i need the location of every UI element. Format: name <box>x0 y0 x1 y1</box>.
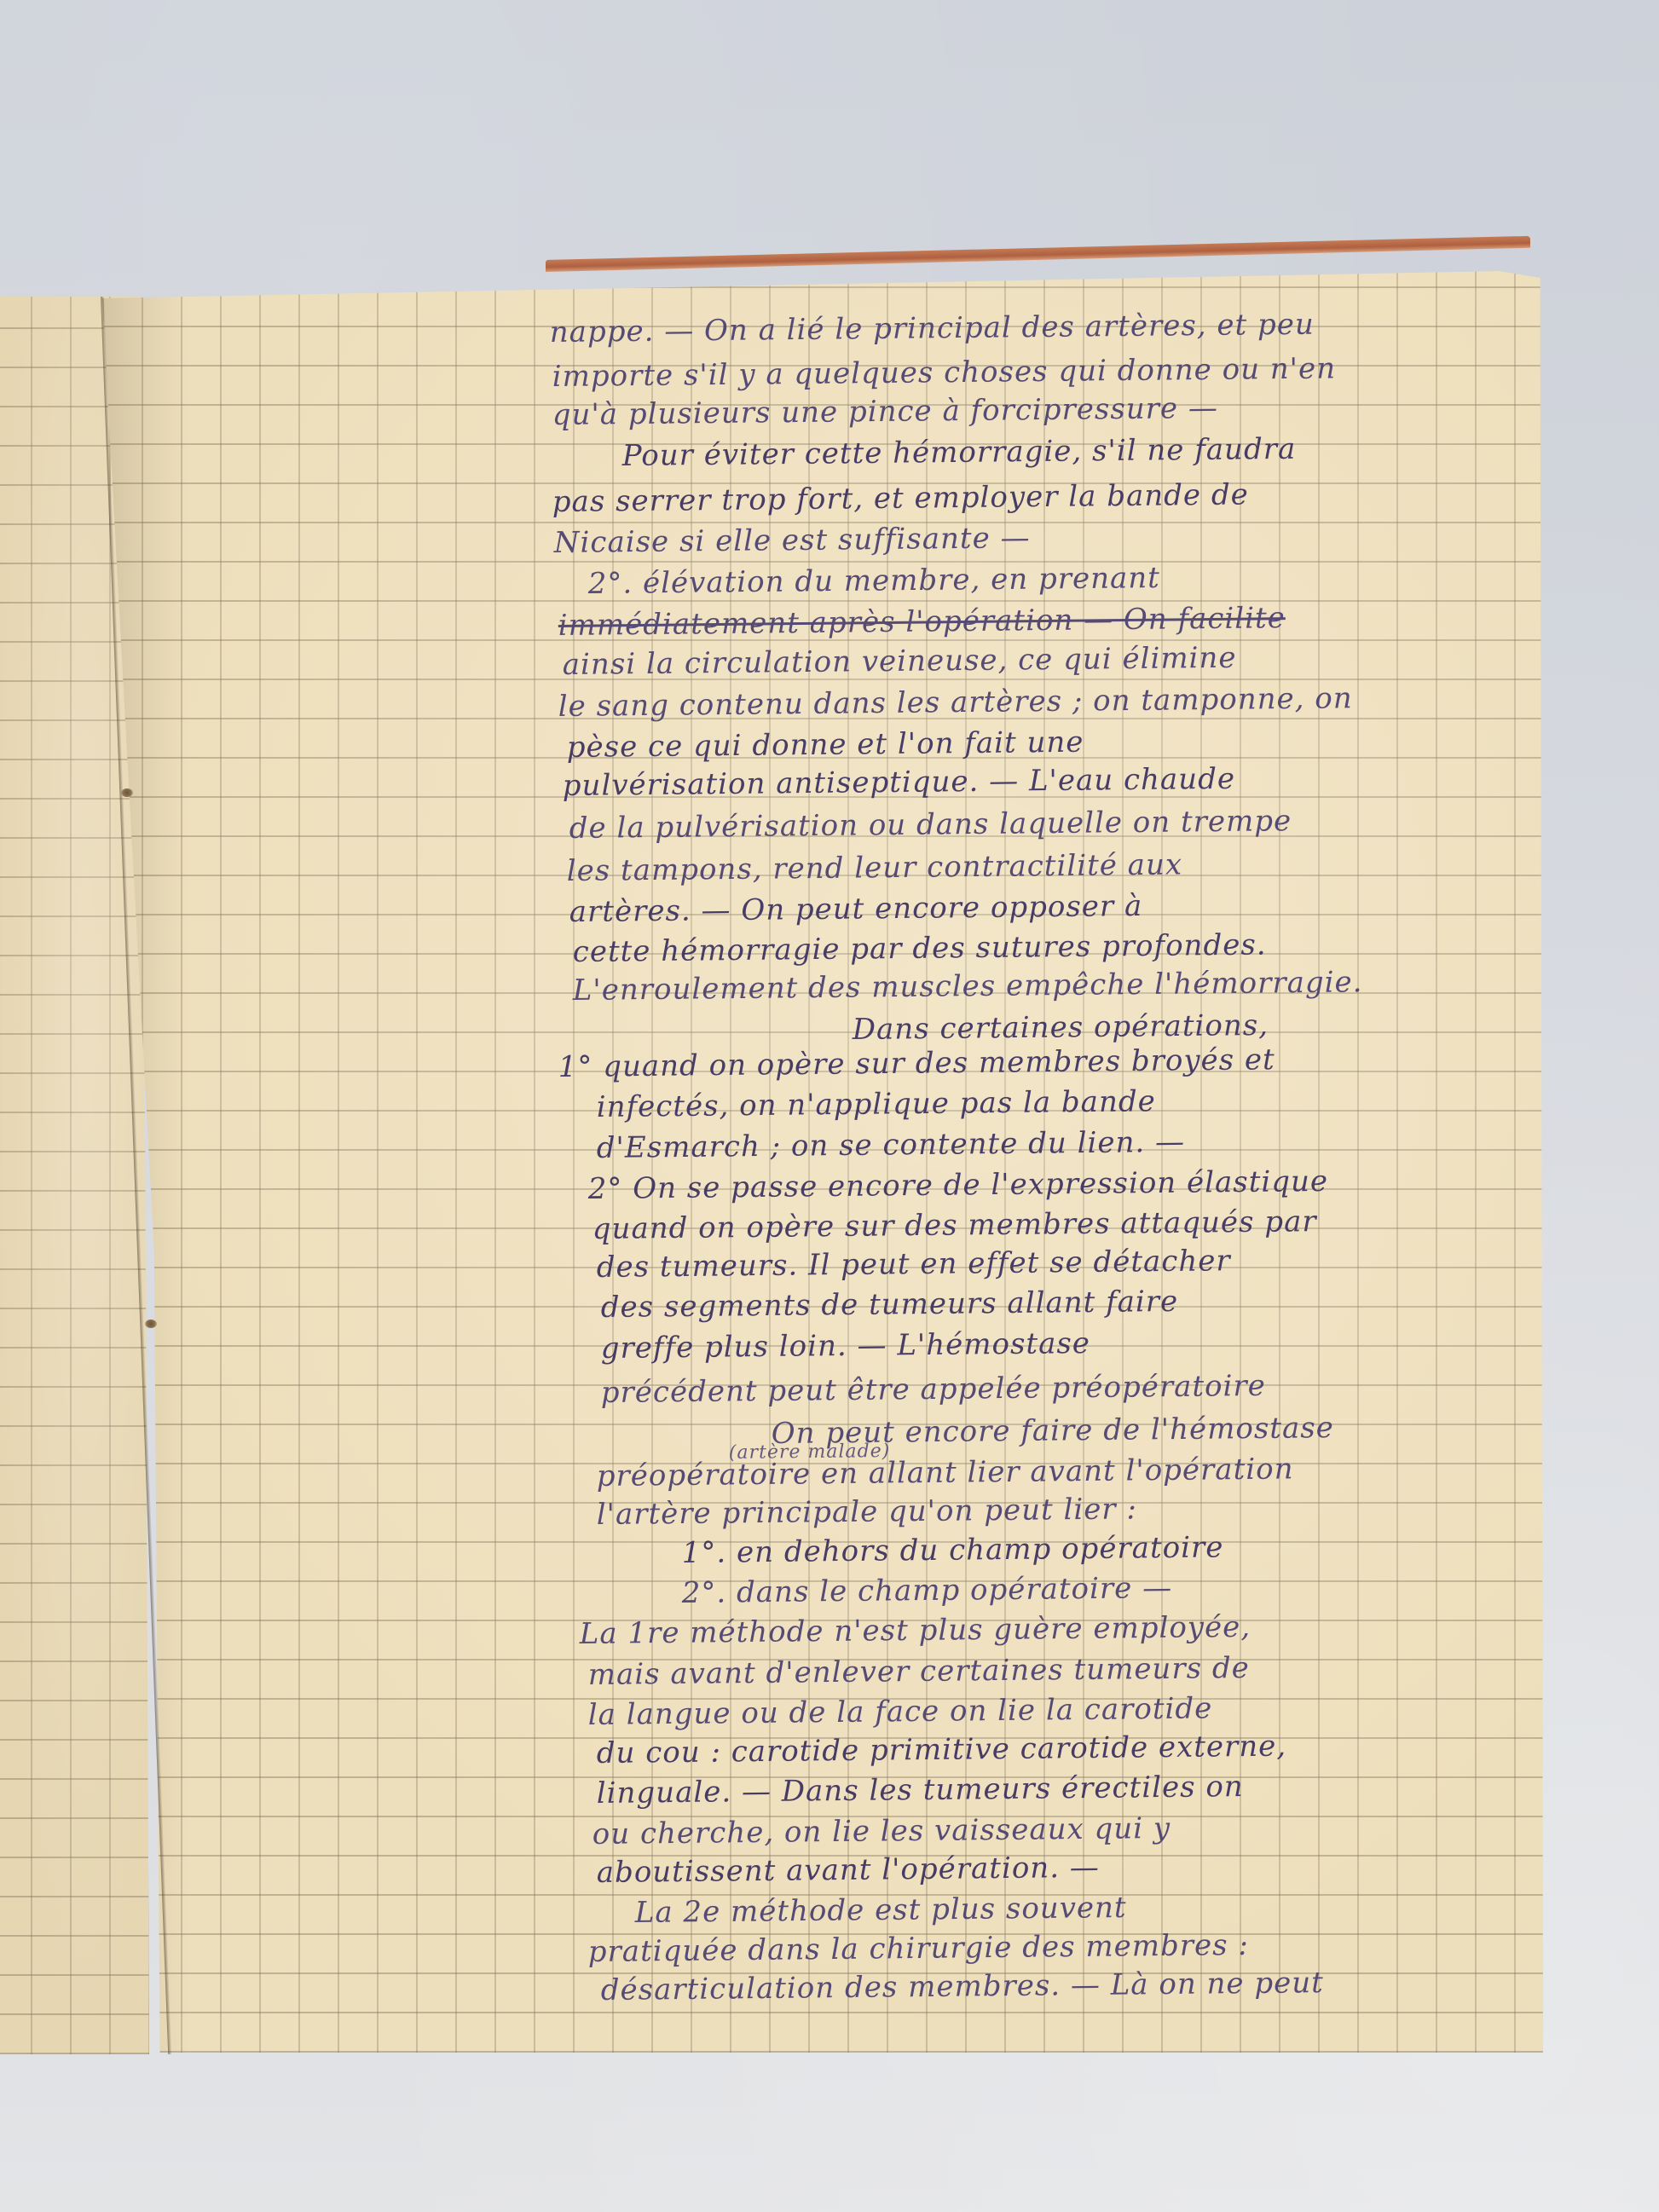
stitch-hole-top <box>121 788 133 797</box>
page-stack-edge <box>546 236 1530 272</box>
grid-lines <box>102 271 1543 2053</box>
right-page <box>102 271 1543 2053</box>
stitch-hole-bottom <box>145 1320 157 1328</box>
page-shade <box>102 271 1543 2053</box>
